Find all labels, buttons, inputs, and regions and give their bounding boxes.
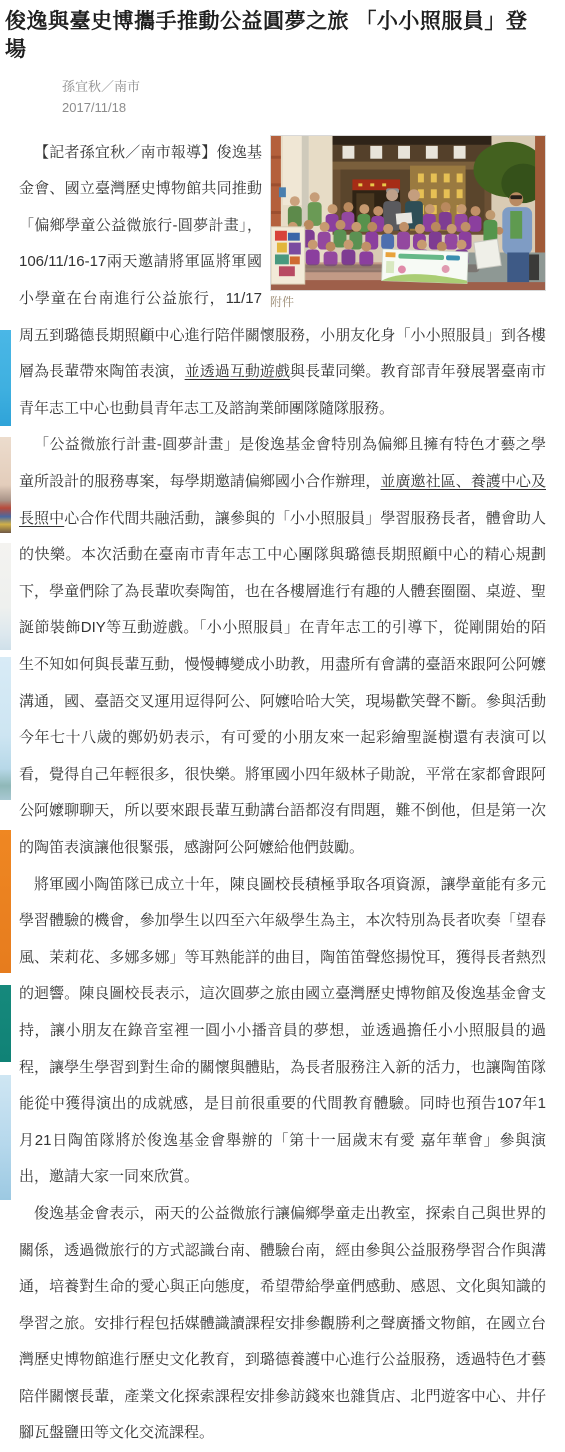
paragraphs-container: 【記者孫宜秋／南市報導】俊逸基金會、國立臺灣歷史博物館共同推動「偏鄉學童公益微旅… <box>19 135 546 1452</box>
article-meta: 孫宜秋／南市 2017/11/18 <box>62 76 565 118</box>
thumbnail-edge-teal[interactable] <box>0 985 11 1062</box>
attachment-label: 附件 <box>270 293 546 311</box>
group-photo-image[interactable] <box>270 135 546 291</box>
date-line: 2017/11/18 <box>62 97 565 118</box>
thumbnail-edge-photo[interactable] <box>0 437 11 533</box>
article-paragraph: 俊逸基金會表示，兩天的公益微旅行讓偏鄉學童走出教室，探索自己與世界的關係，透過微… <box>19 1196 546 1452</box>
group-photo-illustration <box>271 136 545 290</box>
paragraph-text: 心合作代間共融活動，讓參與的「小小照服員」學習服務長者，體會助人的快樂。本次活動… <box>19 510 546 856</box>
thumbnail-edge-orange[interactable] <box>0 830 11 973</box>
thumbnail-edge-lightblue[interactable] <box>0 657 11 800</box>
article-paragraph: 將軍國小陶笛隊已成立十年，陳良圖校長積極爭取各項資源，讓學童能有多元學習體驗的機… <box>19 867 546 1196</box>
author-line: 孫宜秋／南市 <box>62 76 565 97</box>
thumbnail-edge-sky[interactable] <box>0 1075 11 1200</box>
page-title: 俊逸與臺史博攜手推動公益圓夢之旅 「小小照服員」登場 <box>5 8 545 65</box>
attached-photo-figure: 附件 <box>270 135 546 311</box>
thumbnail-edge-pale[interactable] <box>0 543 11 650</box>
thumbnail-edge-cyan[interactable] <box>0 330 11 426</box>
paragraph-text: 將軍國小陶笛隊已成立十年，陳良圖校長積極爭取各項資源，讓學童能有多元學習體驗的機… <box>19 876 546 1186</box>
article-paragraph: 「公益微旅行計畫-圓夢計畫」是俊逸基金會特別為偏鄉且擁有特色才藝之學童所設計的服… <box>19 427 546 866</box>
article-body: 附件 【記者孫宜秋／南市報導】俊逸基金會、國立臺灣歷史博物館共同推動「偏鄉學童公… <box>19 135 546 1452</box>
underlined-text: 並透過互動遊戲 <box>185 363 290 380</box>
paragraph-text: 俊逸基金會表示，兩天的公益微旅行讓偏鄉學童走出教室，探索自己與世界的關係，透過微… <box>19 1205 546 1442</box>
news-article-page: { "header": { "title": "俊逸與臺史博攜手推動公益圓夢之旅… <box>0 0 565 1452</box>
